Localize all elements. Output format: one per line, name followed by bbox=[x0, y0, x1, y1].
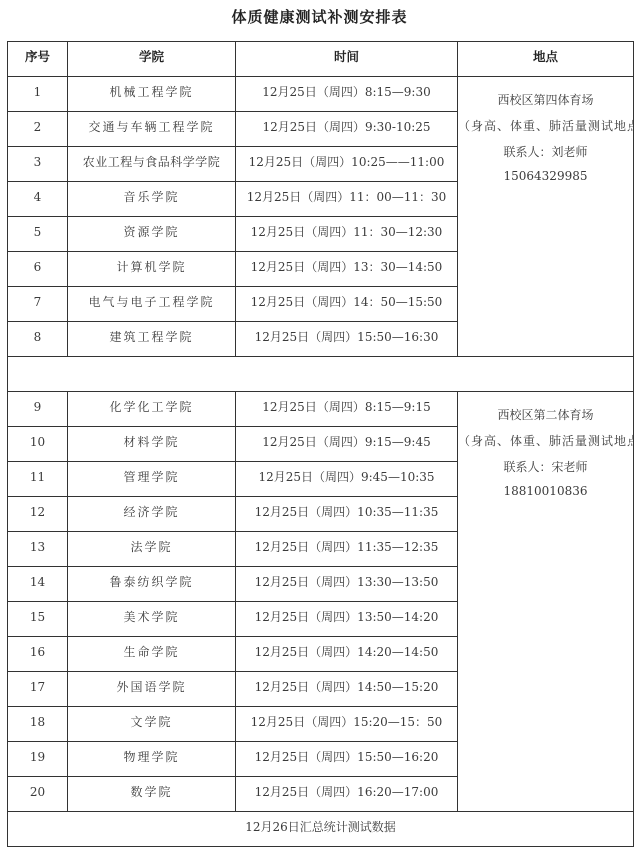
row-college: 音乐学院 bbox=[68, 182, 236, 217]
row-college: 机械工程学院 bbox=[68, 77, 236, 112]
row-no: 13 bbox=[8, 532, 68, 567]
row-time: 12月25日（周四）10:35—11:35 bbox=[236, 497, 458, 532]
row-time: 12月25日（周四）11:35—12:35 bbox=[236, 532, 458, 567]
row-no: 20 bbox=[8, 777, 68, 812]
venue-name: 西校区第四体育场 bbox=[458, 91, 633, 109]
row-college: 文学院 bbox=[68, 707, 236, 742]
row-no: 18 bbox=[8, 707, 68, 742]
venue-phone: 18810010836 bbox=[458, 482, 633, 500]
row-time: 12月25日（周四）9:30-10:25 bbox=[236, 112, 458, 147]
header-college: 学院 bbox=[68, 42, 236, 77]
table-row: 1 机械工程学院 12月25日（周四）8:15—9:30 西校区第四体育场 （身… bbox=[8, 77, 634, 112]
venue-contact: 联系人：刘老师 bbox=[458, 143, 633, 161]
row-no: 6 bbox=[8, 252, 68, 287]
row-time: 12月25日（周四）15:20—15：50 bbox=[236, 707, 458, 742]
row-no: 10 bbox=[8, 427, 68, 462]
row-college: 物理学院 bbox=[68, 742, 236, 777]
row-no: 5 bbox=[8, 217, 68, 252]
row-time: 12月25日（周四）14:20—14:50 bbox=[236, 637, 458, 672]
row-no: 16 bbox=[8, 637, 68, 672]
row-time: 12月25日（周四）10:25——11:00 bbox=[236, 147, 458, 182]
row-time: 12月25日（周四）16:20—17:00 bbox=[236, 777, 458, 812]
row-college: 美术学院 bbox=[68, 602, 236, 637]
row-college: 外国语学院 bbox=[68, 672, 236, 707]
row-time: 12月25日（周四）11：00—11：30 bbox=[236, 182, 458, 217]
venue-contact: 联系人：宋老师 bbox=[458, 458, 633, 476]
venue-cell-group1: 西校区第四体育场 （身高、体重、肺活量测试地点为大学生智慧体测中心） 联系人：刘… bbox=[458, 77, 634, 357]
row-no: 1 bbox=[8, 77, 68, 112]
header-time: 时间 bbox=[236, 42, 458, 77]
row-no: 12 bbox=[8, 497, 68, 532]
venue-cell-group2: 西校区第二体育场 （身高、体重、肺活量测试地点为大学生智慧体测中心） 联系人：宋… bbox=[458, 392, 634, 812]
row-college: 建筑工程学院 bbox=[68, 322, 236, 357]
row-college: 法学院 bbox=[68, 532, 236, 567]
row-time: 12月25日（周四）14:50—15:20 bbox=[236, 672, 458, 707]
row-no: 9 bbox=[8, 392, 68, 427]
row-time: 12月25日（周四）13：30—14:50 bbox=[236, 252, 458, 287]
blank-cell bbox=[8, 357, 634, 392]
venue-phone: 15064329985 bbox=[458, 167, 633, 185]
row-time: 12月25日（周四）15:50—16:30 bbox=[236, 322, 458, 357]
schedule-table: 序号 学院 时间 地点 1 机械工程学院 12月25日（周四）8:15—9:30… bbox=[7, 41, 634, 847]
header-venue: 地点 bbox=[458, 42, 634, 77]
row-time: 12月25日（周四）8:15—9:15 bbox=[236, 392, 458, 427]
row-time: 12月25日（周四）9:15—9:45 bbox=[236, 427, 458, 462]
row-college: 资源学院 bbox=[68, 217, 236, 252]
row-college: 计算机学院 bbox=[68, 252, 236, 287]
separator-row bbox=[8, 357, 634, 392]
row-college: 农业工程与食品科学学院 bbox=[68, 147, 236, 182]
row-no: 3 bbox=[8, 147, 68, 182]
row-college: 经济学院 bbox=[68, 497, 236, 532]
venue-name: 西校区第二体育场 bbox=[458, 406, 633, 424]
row-college: 鲁泰纺织学院 bbox=[68, 567, 236, 602]
row-time: 12月25日（周四）9:45—10:35 bbox=[236, 462, 458, 497]
row-college: 管理学院 bbox=[68, 462, 236, 497]
row-no: 17 bbox=[8, 672, 68, 707]
row-time: 12月25日（周四）15:50—16:20 bbox=[236, 742, 458, 777]
footer-row: 12月26日汇总统计测试数据 bbox=[8, 812, 634, 847]
row-no: 14 bbox=[8, 567, 68, 602]
row-time: 12月25日（周四）14：50—15:50 bbox=[236, 287, 458, 322]
venue-note: （身高、体重、肺活量测试地点为大学生智慧体测中心） bbox=[458, 430, 633, 452]
row-college: 化学化工学院 bbox=[68, 392, 236, 427]
row-college: 电气与电子工程学院 bbox=[68, 287, 236, 322]
row-no: 8 bbox=[8, 322, 68, 357]
row-time: 12月25日（周四）13:50—14:20 bbox=[236, 602, 458, 637]
row-college: 材料学院 bbox=[68, 427, 236, 462]
venue-note: （身高、体重、肺活量测试地点为大学生智慧体测中心） bbox=[458, 115, 633, 137]
table-row: 9 化学化工学院 12月25日（周四）8:15—9:15 西校区第二体育场 （身… bbox=[8, 392, 634, 427]
row-college: 数学院 bbox=[68, 777, 236, 812]
row-no: 15 bbox=[8, 602, 68, 637]
row-no: 2 bbox=[8, 112, 68, 147]
row-college: 生命学院 bbox=[68, 637, 236, 672]
row-no: 11 bbox=[8, 462, 68, 497]
header-no: 序号 bbox=[8, 42, 68, 77]
row-time: 12月25日（周四）8:15—9:30 bbox=[236, 77, 458, 112]
table-header-row: 序号 学院 时间 地点 bbox=[8, 42, 634, 77]
row-no: 7 bbox=[8, 287, 68, 322]
page-title: 体质健康测试补测安排表 bbox=[0, 6, 639, 27]
row-time: 12月25日（周四）11：30—12:30 bbox=[236, 217, 458, 252]
row-no: 19 bbox=[8, 742, 68, 777]
row-time: 12月25日（周四）13:30—13:50 bbox=[236, 567, 458, 602]
row-college: 交通与车辆工程学院 bbox=[68, 112, 236, 147]
row-no: 4 bbox=[8, 182, 68, 217]
footer-note: 12月26日汇总统计测试数据 bbox=[8, 812, 634, 847]
